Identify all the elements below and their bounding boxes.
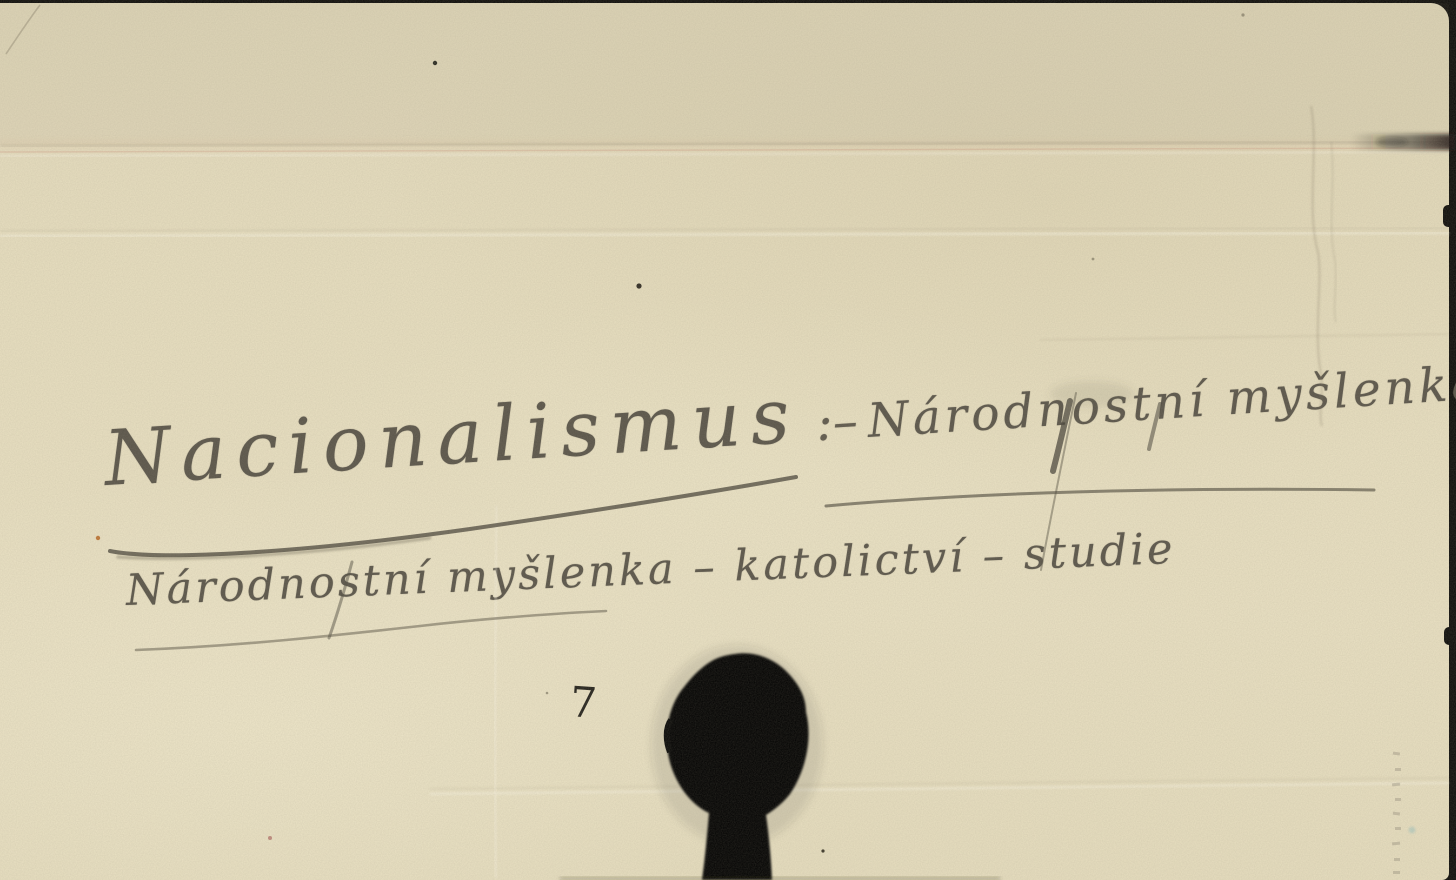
annotation-mark: 7	[568, 677, 598, 728]
heading-separator: :–	[814, 392, 859, 453]
